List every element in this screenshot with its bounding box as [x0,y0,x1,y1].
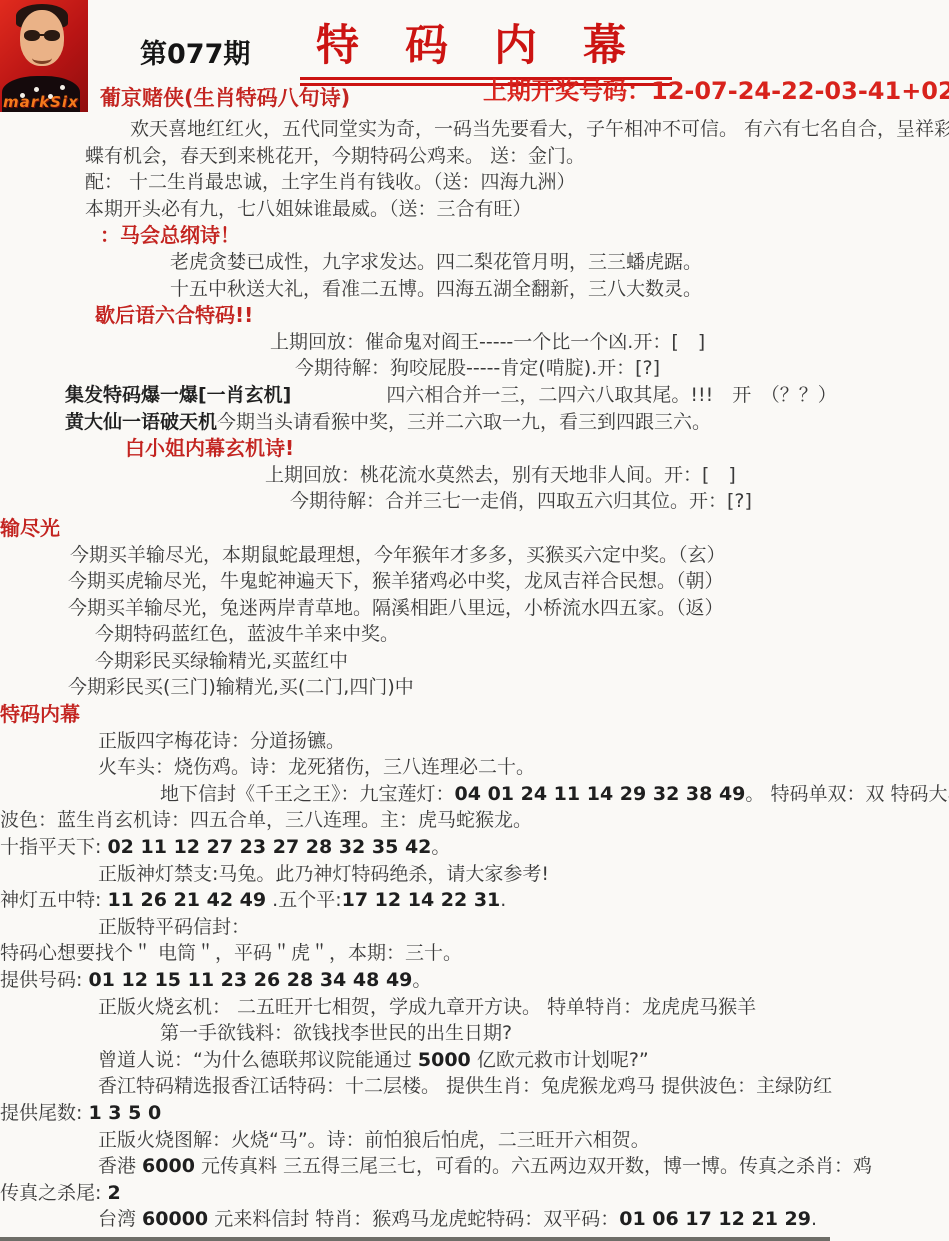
text-line: 波色：蓝生肖玄机诗：四五合单，三八连理。主：虎马蛇猴龙。 [0,807,949,834]
text-segment: 今期特码蓝红色，蓝波牛羊来中奖。 [95,623,399,645]
text-segment: 正版神灯禁支:马兔。此乃神灯特码绝杀，请大家参考! [98,863,549,885]
text-segment: .五个平: [266,889,341,911]
text-line: 今期特码蓝红色，蓝波牛羊来中奖。 [0,621,949,648]
text-segment: 提供号码: [0,969,88,991]
section-heading: 歇后语六合特码!! [0,302,949,329]
text-line: 黄大仙一语破天机今期当头请看猴中奖，三并二六取一九，看三到四跟三六。 [0,409,949,436]
text-segment: 地下信封《千王之王》：九宝莲灯： [160,783,455,805]
section-heading: 输尽光 [0,515,949,542]
text-segment: 6000 [142,1155,195,1177]
text-segment: 四六相合并一三，二四六八取其尾。!!! 开 （？？） [291,384,836,406]
text-segment: 蝶有机会，春天到来桃花开，今期特码公鸡来。 送：金门。 [85,145,585,167]
text-line: 集发特码爆一爆[一肖玄机] 四六相合并一三，二四六八取其尾。!!! 开 （？？） [0,382,949,409]
text-line: 曾道人说：“为什么德联邦议院能通过 5000 亿欧元救市计划呢?” [0,1047,949,1074]
text-line: 配： 十二生肖最忠诚，土字生肖有钱收。（送：四海九洲） [0,169,949,196]
text-segment: 元来料信封 特肖：猴鸡马龙虎蛇特码：双平码： [208,1208,619,1230]
section-heading: ：马会总纲诗！ [0,222,949,249]
text-segment: 十指平天下: [0,836,107,858]
text-line: 地下信封《千王之王》：九宝莲灯：04 01 24 11 14 29 32 38 … [0,781,949,808]
text-segment: 特码心想要找个＂ 电筒＂，平码＂虎＂，本期：三十。 [0,942,462,964]
text-segment: ：马会总纲诗！ [100,223,240,247]
text-segment: 2 [107,1182,120,1204]
text-segment: 神灯五中特: [0,889,107,911]
text-segment: 香港 [98,1155,142,1177]
photo-smile [32,52,52,64]
text-line: 十五中秋送大礼，看准二五博。四海五湖全翻新，三八大数灵。 [0,276,949,303]
text-line: 台湾 60000 元来料信封 特肖：猴鸡马龙虎蛇特码：双平码：01 06 17 … [0,1206,949,1233]
issue-number: 第077期 [140,32,250,71]
last-draw-numbers: 上期开奖号码：12-07-24-22-03-41+02 [483,71,949,106]
text-segment: 配： 十二生肖最忠诚，土字生肖有钱收。（送：四海九洲） [85,171,576,193]
clothing-dot [34,87,39,92]
text-line: 正版火烧图解：火烧“马”。诗：前怕狼后怕虎，二三旺开六相贺。 [0,1127,949,1154]
text-segment: 5000 [418,1049,471,1071]
text-line: 香港 6000 元传真料 三五得三尾三七，可看的。六五两边双开数，博一博。传真之… [0,1153,949,1180]
text-segment: . [811,1208,817,1230]
text-line: 上期回放：催命鬼对阎王-----一个比一个凶.开：[ ] [0,329,949,356]
text-segment: 17 12 14 22 31 [342,889,501,911]
text-line: 提供号码: 01 12 15 11 23 26 28 34 48 49。 [0,967,949,994]
text-line: 今期买虎输尽光，牛鬼蛇神遍天下，猴羊猪鸡必中奖，龙凤吉祥合民想。（朝） [0,568,949,595]
text-segment: 今期彩民买绿输精光,买蓝红中 [95,650,348,672]
glasses-icon [38,34,46,36]
text-segment: 火车头：烧伤鸡。诗：龙死猪伤，三八连理必二十。 [98,756,535,778]
glasses-icon [44,30,60,41]
text-line: 今期买羊输尽光，本期鼠蛇最理想，今年猴年才多多，买猴买六定中奖。（玄） [0,542,949,569]
tip-sheet-page: markSix 第077期 特码内幕 葡京赌侠(生肖特码八句诗) 上期开奖号码：… [0,0,949,1241]
text-line: 正版特平码信封： [0,914,949,941]
text-segment: 上期回放：桃花流水莫然去，别有天地非人间。开：[ ] [265,464,736,486]
text-line: 欢天喜地红红火，五代同堂实为奇，一码当先要看大，子午相冲不可信。 有六有七名自合… [0,116,949,143]
text-segment: 。 [412,969,431,991]
text-line: 今期彩民买(三门)输精光,买(二门,四门)中 [0,674,949,701]
section-heading: 白小姐内幕玄机诗! [0,435,949,462]
text-line: 传真之杀尾: 2 [0,1180,949,1207]
text-line: 正版神灯禁支:马兔。此乃神灯特码绝杀，请大家参考! [0,861,949,888]
text-segment: 黄大仙一语破天机 [65,411,217,433]
text-segment: 歇后语六合特码!! [95,303,253,327]
text-segment: . [500,889,506,911]
text-segment: 元传真料 三五得三尾三七，可看的。六五两边双开数，博一博。传真之杀肖：鸡 [195,1155,872,1177]
text-line: 今期彩民买绿输精光,买蓝红中 [0,648,949,675]
text-segment: 今期待解：狗咬屁股-----肯定(啃腚).开：[?] [295,357,660,379]
text-segment: 11 26 21 42 49 [107,889,266,911]
text-line: 第一手欲钱料：欲钱找李世民的出生日期? [0,1020,949,1047]
text-segment: 今期待解：合并三七一走俏，四取五六归其位。开：[?] [290,490,752,512]
text-segment: 。 特码单双：双 特码大小：大 特码 [745,783,949,805]
scan-artifact-bar [0,1237,830,1241]
text-segment: 01 06 17 12 21 29 [619,1208,811,1230]
text-line: 蝶有机会，春天到来桃花开，今期特码公鸡来。 送：金门。 [0,143,949,170]
text-segment: 今期当头请看猴中奖，三并二六取一九，看三到四跟三六。 [217,411,711,433]
text-segment: 台湾 [98,1208,142,1230]
text-line: 今期待解：狗咬屁股-----肯定(啃腚).开：[?] [0,355,949,382]
text-segment: 1 3 5 0 [88,1102,161,1124]
text-segment: 60000 [142,1208,208,1230]
body-text: 欢天喜地红红火，五代同堂实为奇，一码当先要看大，子午相冲不可信。 有六有七名自合… [0,112,949,1233]
text-segment: 传真之杀尾: [0,1182,107,1204]
text-segment: 上期回放：催命鬼对阎王-----一个比一个凶.开：[ ] [270,331,705,353]
text-segment: 。 [431,836,450,858]
masthead: markSix 第077期 特码内幕 葡京赌侠(生肖特码八句诗) 上期开奖号码：… [0,0,949,112]
text-line: 老虎贪婪已成性，九字求发达。四二梨花管月明，三三蟠虎踞。 [0,249,949,276]
text-line: 十指平天下: 02 11 12 27 23 27 28 32 35 42。 [0,834,949,861]
text-segment: 十五中秋送大礼，看准二五博。四海五湖全翻新，三八大数灵。 [170,278,702,300]
text-line: 火车头：烧伤鸡。诗：龙死猪伤，三八连理必二十。 [0,754,949,781]
text-segment: 香江特码精选报香江话特码：十二层楼。 提供生肖：兔虎猴龙鸡马 提供波色：主绿防红 [98,1075,832,1097]
text-segment: 今期买羊输尽光，本期鼠蛇最理想，今年猴年才多多，买猴买六定中奖。（玄） [70,544,726,566]
text-segment: 今期彩民买(三门)输精光,买(二门,四门)中 [68,676,414,698]
clothing-dot [60,85,65,90]
text-line: 香江特码精选报香江话特码：十二层楼。 提供生肖：兔虎猴龙鸡马 提供波色：主绿防红 [0,1073,949,1100]
text-line: 正版四字梅花诗：分道扬镳。 [0,728,949,755]
text-line: 今期买羊输尽光，兔迷两岸青草地。隔溪相距八里远，小桥流水四五家。（返） [0,595,949,622]
text-segment: 本期开头必有九，七八姐妹谁最威。（送：三合有旺） [85,198,532,220]
text-segment: 正版特平码信封： [98,916,250,938]
text-segment: 欢天喜地红红火，五代同堂实为奇，一码当先要看大，子午相冲不可信。 有六有七名自合… [130,118,949,140]
text-segment: 02 11 12 27 23 27 28 32 35 42 [107,836,431,858]
text-segment: 正版四字梅花诗：分道扬镳。 [98,730,345,752]
text-line: 特码心想要找个＂ 电筒＂，平码＂虎＂，本期：三十。 [0,940,949,967]
text-segment: 波色：蓝生肖玄机诗：四五合单，三八连理。主：虎马蛇猴龙。 [0,809,532,831]
marksix-logo-text: markSix [3,93,79,111]
text-line: 提供尾数: 1 3 5 0 [0,1100,949,1127]
text-segment: 今期买羊输尽光，兔迷两岸青草地。隔溪相距八里远，小桥流水四五家。（返） [68,597,724,619]
text-segment: 提供尾数: [0,1102,88,1124]
text-segment: 白小姐内幕玄机诗! [125,436,294,460]
section-heading: 特码内幕 [0,701,949,728]
text-segment: 输尽光 [0,516,60,540]
text-line: 神灯五中特: 11 26 21 42 49 .五个平:17 12 14 22 3… [0,887,949,914]
text-segment: 老虎贪婪已成性，九字求发达。四二梨花管月明，三三蟠虎踞。 [170,251,702,273]
text-segment: 曾道人说：“为什么德联邦议院能通过 [98,1049,418,1071]
text-segment: 集发特码爆一爆[一肖玄机] [65,384,291,406]
text-segment: 第一手欲钱料：欲钱找李世民的出生日期? [160,1022,512,1044]
masthead-photo: markSix [0,0,88,112]
text-segment: 04 01 24 11 14 29 32 38 49 [455,783,746,805]
text-segment: 正版火烧图解：火烧“马”。诗：前怕狼后怕虎，二三旺开六相贺。 [98,1129,650,1151]
text-line: 本期开头必有九，七八姐妹谁最威。（送：三合有旺） [0,196,949,223]
text-segment: 特码内幕 [0,702,80,726]
text-segment: 亿欧元救市计划呢?” [471,1049,649,1071]
text-segment: 正版火烧玄机： 二五旺开七相贺，学成九章开方诀。 特单特肖：龙虎虎马猴羊 [98,996,756,1018]
text-line: 上期回放：桃花流水莫然去，别有天地非人间。开：[ ] [0,462,949,489]
text-segment: 01 12 15 11 23 26 28 34 48 49 [88,969,412,991]
text-segment: 今期买虎输尽光，牛鬼蛇神遍天下，猴羊猪鸡必中奖，龙凤吉祥合民想。（朝） [68,570,724,592]
text-line: 今期待解：合并三七一走俏，四取五六归其位。开：[?] [0,488,949,515]
subtitle: 葡京赌侠(生肖特码八句诗) [100,82,350,112]
text-line: 正版火烧玄机： 二五旺开七相贺，学成九章开方诀。 特单特肖：龙虎虎马猴羊 [0,994,949,1021]
